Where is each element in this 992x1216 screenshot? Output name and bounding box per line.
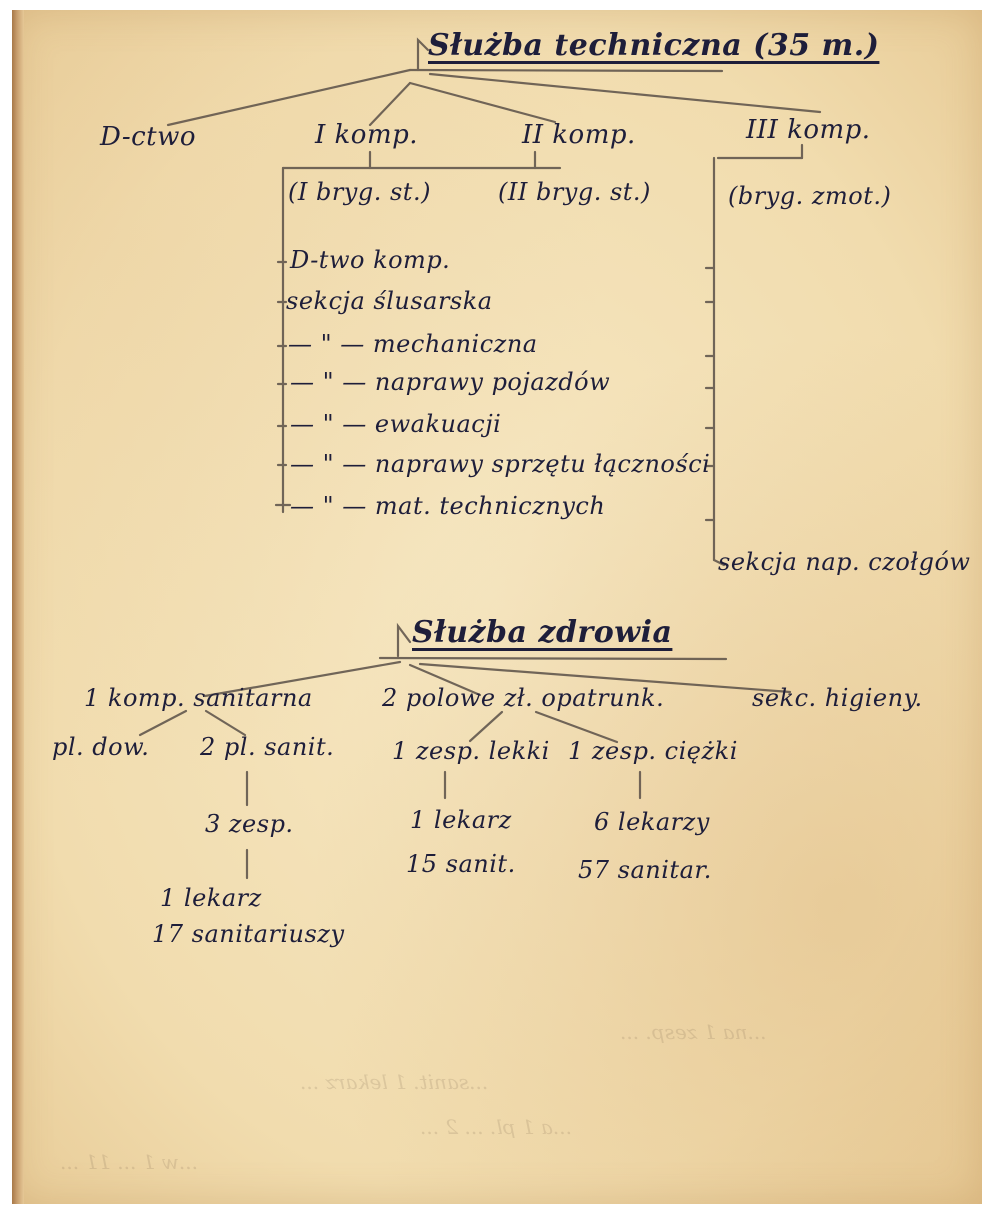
heavy-team-orderlies: 57 sanitar.: [578, 856, 712, 884]
heavy-team-doctors: 6 lekarzy: [594, 808, 710, 836]
list-item: D-two komp.: [290, 246, 450, 274]
list-item: — " — mat. technicznych: [290, 492, 605, 520]
tech-branch-company-1: I komp.: [315, 120, 418, 150]
medical-branch-hygiene-section: sekc. higieny.: [752, 684, 923, 712]
tech-branch-company-2: II komp.: [522, 120, 636, 150]
medical-branch-sanitary-company: 1 komp. sanitarna: [84, 684, 313, 712]
medical-heavy-team: 1 zesp. ciężki: [568, 737, 738, 765]
medical-command-platoon: pl. dow.: [52, 733, 149, 761]
tech-branch-company-3: III komp.: [746, 115, 871, 145]
tech-company-3-tank-repair-section: sekcja nap. czołgów: [718, 548, 970, 576]
list-item: — " — naprawy pojazdów: [290, 368, 610, 396]
tech-company-2-brigade: (II bryg. st.): [498, 178, 651, 206]
medical-sanitary-platoons: 2 pl. sanit.: [200, 733, 334, 761]
tech-company-1-brigade: (I bryg. st.): [288, 178, 431, 206]
technical-service-title: Służba techniczna (35 m.): [428, 28, 879, 63]
page-binding-edge: [12, 10, 24, 1204]
bleed-through-line: ...na 1 zesp. ...: [620, 1020, 767, 1044]
medical-teams-doctor: 1 lekarz: [160, 884, 262, 912]
medical-service-title: Służba zdrowia: [412, 615, 672, 650]
bleed-through-line: ...w 1 ... 11 ...: [60, 1150, 198, 1174]
tech-branch-command: D-ctwo: [100, 122, 196, 152]
list-item: — " — mechaniczna: [288, 330, 538, 358]
medical-branch-dressing-stations: 2 polowe zł. opatrunk.: [382, 684, 664, 712]
light-team-orderlies: 15 sanit.: [406, 850, 516, 878]
tech-company-3-brigade: (bryg. zmot.): [728, 182, 891, 210]
list-item: sekcja ślusarska: [286, 287, 493, 315]
bleed-through-line: ...a 1 pl. ... 2 ...: [420, 1115, 572, 1139]
medical-light-team: 1 zesp. lekki: [392, 737, 550, 765]
medical-teams-orderlies: 17 sanitariuszy: [152, 920, 345, 948]
medical-teams-count: 3 zesp.: [205, 810, 294, 838]
list-item: — " — naprawy sprzętu łączności: [290, 450, 710, 478]
light-team-doctor: 1 lekarz: [410, 806, 512, 834]
list-item: — " — ewakuacji: [290, 410, 501, 438]
bleed-through-line: ...sanit. 1 lekarz ...: [300, 1070, 488, 1094]
